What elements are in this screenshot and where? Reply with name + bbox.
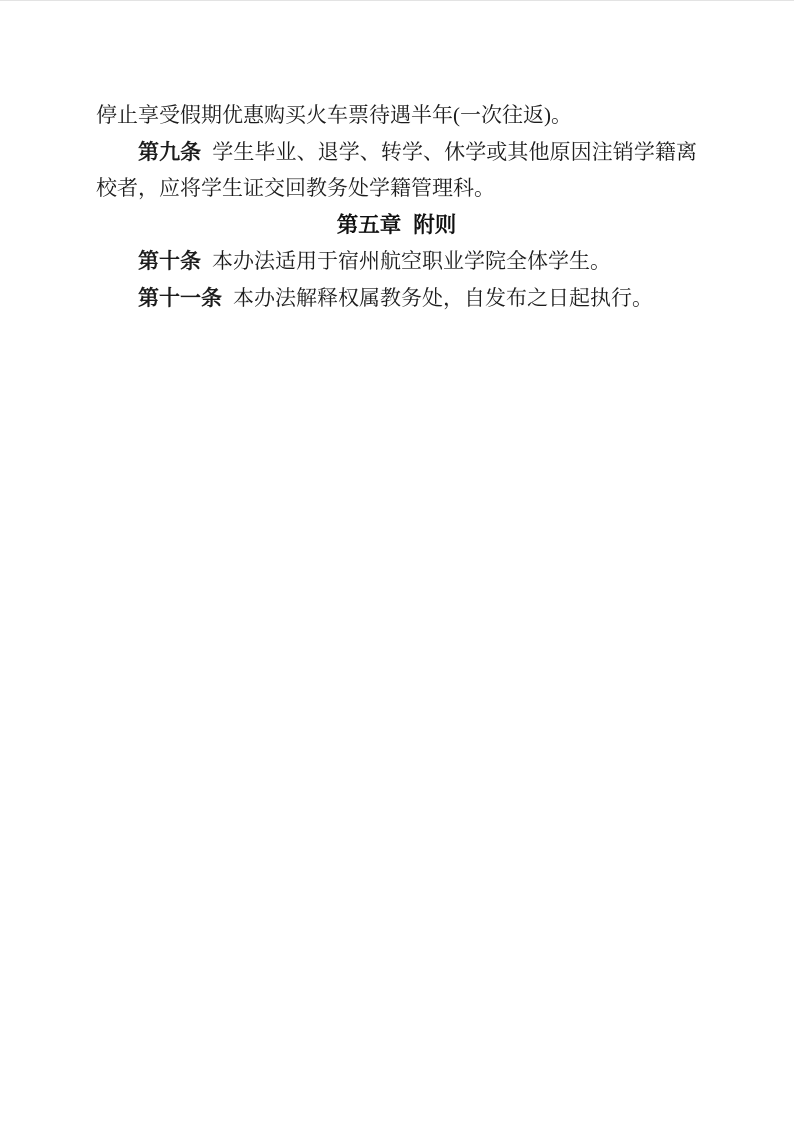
document-page: { "page": { "background": "#ffffff", "te… xyxy=(0,0,794,1123)
article-11-label: 第十一条 xyxy=(138,286,222,310)
article-10-paragraph: 第十条本办法适用于宿州航空职业学院全体学生。 xyxy=(96,243,697,280)
document-body: 停止享受假期优惠购买火车票待遇半年(一次往返)。 第九条学生毕业、退学、转学、休… xyxy=(96,97,697,316)
article-9-paragraph-line-1: 第九条学生毕业、退学、转学、休学或其他原因注销学籍离 xyxy=(96,134,697,171)
article-9-paragraph-line-2: 校者，应将学生证交回教务处学籍管理科。 xyxy=(96,170,697,207)
article-11-paragraph: 第十一条本办法解释权属教务处，自发布之日起执行。 xyxy=(96,280,697,317)
article-10-label: 第十条 xyxy=(138,249,201,273)
article-9-label: 第九条 xyxy=(138,140,201,164)
article-11-text: 本办法解释权属教务处，自发布之日起执行。 xyxy=(233,286,653,310)
article-9-text: 学生毕业、退学、转学、休学或其他原因注销学籍离 xyxy=(212,140,697,164)
chapter-5-heading: 第五章 附则 xyxy=(96,207,697,244)
article-10-text: 本办法适用于宿州航空职业学院全体学生。 xyxy=(212,249,611,273)
paragraph-continuation-line: 停止享受假期优惠购买火车票待遇半年(一次往返)。 xyxy=(96,97,697,134)
